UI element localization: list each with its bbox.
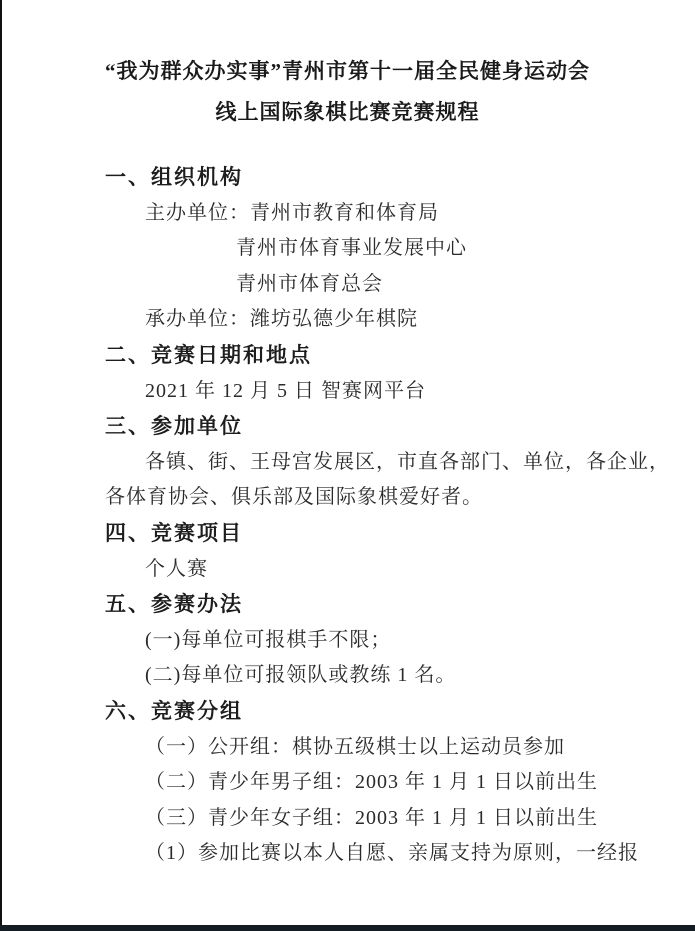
section-4-heading: 四、竞赛项目 bbox=[105, 516, 695, 552]
doc-title-line-1: “我为群众办实事”青州市第十一届全民健身运动会 bbox=[0, 51, 695, 92]
section-3-heading: 三、参加单位 bbox=[105, 409, 695, 445]
section-5-heading: 五、参赛办法 bbox=[105, 587, 695, 623]
section-1-line-organizer: 承办单位：潍坊弘德少年棋院 bbox=[145, 302, 695, 338]
section-2-line-date: 2021 年 12 月 5 日 智赛网平台 bbox=[145, 374, 695, 410]
section-6-item-4: （1）参加比赛以本人自愿、亲属支持为原则，一经报 bbox=[145, 836, 695, 872]
page-left-edge bbox=[0, 0, 2, 931]
document-page: “我为群众办实事”青州市第十一届全民健身运动会 线上国际象棋比赛竞赛规程 一、组… bbox=[0, 0, 695, 931]
section-5-item-1: (一)每单位可报棋手不限； bbox=[145, 623, 695, 659]
section-1-line-host-2: 青州市体育事业发展中心 bbox=[236, 231, 695, 267]
section-3-para-line-1: 各镇、街、王母宫发展区，市直各部门、单位，各企业， bbox=[145, 445, 695, 481]
document-body: “我为群众办实事”青州市第十一届全民健身运动会 线上国际象棋比赛竞赛规程 一、组… bbox=[0, 0, 695, 931]
section-4-line-event: 个人赛 bbox=[145, 552, 695, 588]
section-1-line-host-3: 青州市体育总会 bbox=[236, 267, 695, 303]
doc-content: 一、组织机构 主办单位：青州市教育和体育局 青州市体育事业发展中心 青州市体育总… bbox=[0, 160, 695, 872]
section-6-item-1: （一）公开组：棋协五级棋士以上运动员参加 bbox=[145, 730, 695, 766]
section-1-line-host: 主办单位：青州市教育和体育局 bbox=[145, 196, 695, 232]
section-1-heading: 一、组织机构 bbox=[105, 160, 695, 196]
section-6-item-3: （三）青少年女子组：2003 年 1 月 1 日以前出生 bbox=[145, 801, 695, 837]
page-bottom-edge bbox=[0, 925, 695, 931]
doc-title: “我为群众办实事”青州市第十一届全民健身运动会 线上国际象棋比赛竞赛规程 bbox=[0, 0, 695, 133]
doc-title-line-2: 线上国际象棋比赛竞赛规程 bbox=[0, 92, 695, 133]
section-5-item-2: (二)每单位可报领队或教练 1 名。 bbox=[145, 658, 695, 694]
section-2-heading: 二、竞赛日期和地点 bbox=[105, 338, 695, 374]
section-6-item-2: （二）青少年男子组：2003 年 1 月 1 日以前出生 bbox=[145, 765, 695, 801]
section-6-heading: 六、竞赛分组 bbox=[105, 694, 695, 730]
section-3-para-line-2: 各体育协会、俱乐部及国际象棋爱好者。 bbox=[105, 480, 695, 516]
